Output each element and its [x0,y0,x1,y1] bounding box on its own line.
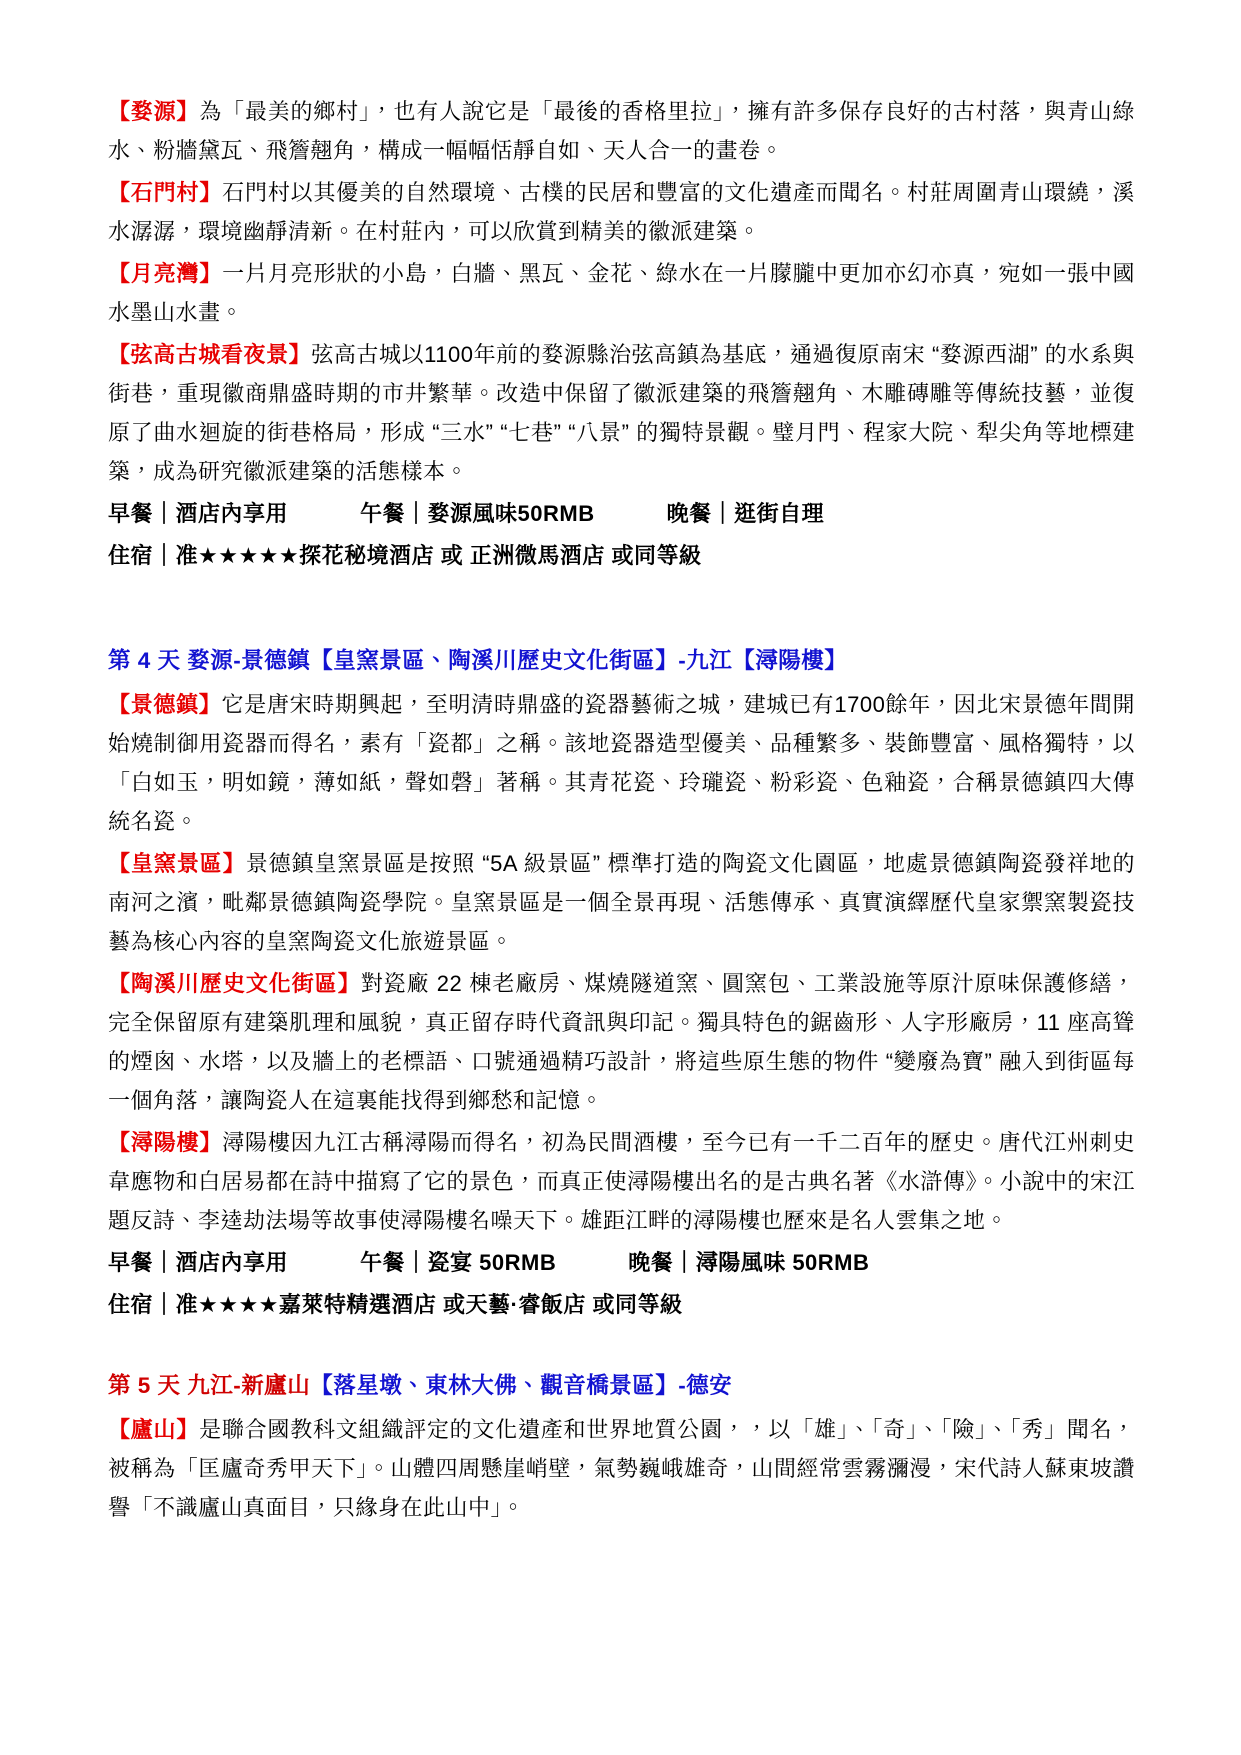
attraction-paragraph-jingdezhen: 【景德鎮】它是唐宋時期興起，至明清時鼎盛的瓷器藝術之城，建城已有1700餘年，因… [108,685,1135,841]
hotel-line-day4: 住宿｜准★★★★嘉萊特精選酒店 或天藝·睿飯店 或同等級 [108,1285,1135,1324]
day5-title-attractions: 【落星墩、東林大佛、觀音橋景區】-德安 [310,1373,732,1398]
attraction-paragraph-wuyuan: 【婺源】為「最美的鄉村」，也有人說它是「最後的香格里拉」，擁有許多保存良好的古村… [108,92,1135,170]
day4-title: 第 4 天 婺源-景德鎮【皇窯景區、陶溪川歷史文化街區】-九江【潯陽樓】 [108,645,1135,677]
attraction-description: 潯陽樓因九江古稱潯陽而得名，初為民間酒樓，至今已有一千二百年的歷史。唐代江州刺史… [108,1130,1135,1233]
attraction-paragraph-xiangao: 【弦高古城看夜景】弦高古城以1100年前的婺源縣治弦高鎮為基底，通過復原南宋 “… [108,335,1135,491]
attraction-paragraph-taoxichuan: 【陶溪川歷史文化街區】對瓷廠 22 棟老廠房、煤燒隧道窯、圓窯包、工業設施等原汁… [108,964,1135,1120]
lunch-info: 午餐｜瓷宴 50RMB [360,1243,556,1282]
attraction-tag: 【景德鎮】 [108,692,222,717]
attraction-paragraph-xunyanglou: 【潯陽樓】潯陽樓因九江古稱潯陽而得名，初為民間酒樓，至今已有一千二百年的歷史。唐… [108,1123,1135,1240]
day5-title-route: 第 5 天 九江-新廬山 [108,1373,310,1398]
attraction-tag: 【陶溪川歷史文化街區】 [108,971,361,996]
itinerary-page: 【婺源】為「最美的鄉村」，也有人說它是「最後的香格里拉」，擁有許多保存良好的古村… [0,0,1241,1755]
attraction-description: 一片月亮形狀的小島，白牆、黑瓦、金花、綠水在一片朦朧中更加亦幻亦真，宛如一張中國… [108,261,1135,325]
attraction-paragraph-lushan: 【廬山】是聯合國教科文組織評定的文化遺產和世界地質公園，，以「雄」、「奇」、「險… [108,1410,1135,1527]
attraction-description: 為「最美的鄉村」，也有人說它是「最後的香格里拉」，擁有許多保存良好的古村落，與青… [108,99,1135,163]
attraction-tag: 【潯陽樓】 [108,1130,222,1155]
dinner-info: 晚餐｜潯陽風味 50RMB [628,1243,869,1282]
attraction-paragraph-huangyao: 【皇窯景區】景德鎮皇窯景區是按照 “5A 級景區” 標準打造的陶瓷文化園區，地處… [108,844,1135,961]
attraction-paragraph-shimencun: 【石門村】石門村以其優美的自然環境、古樸的民居和豐富的文化遺產而聞名。村莊周圍青… [108,173,1135,251]
attraction-tag: 【月亮灣】 [108,261,222,286]
attraction-tag: 【廬山】 [108,1417,199,1442]
attraction-tag: 【婺源】 [108,99,199,124]
attraction-tag: 【石門村】 [108,180,222,205]
dinner-info: 晚餐｜逛街自理 [667,494,825,533]
attraction-description: 它是唐宋時期興起，至明清時鼎盛的瓷器藝術之城，建城已有1700餘年，因北宋景德年… [108,692,1135,834]
attraction-tag: 【弦高古城看夜景】 [108,342,311,367]
meals-line-day4: 早餐｜酒店內享用 午餐｜瓷宴 50RMB 晚餐｜潯陽風味 50RMB [108,1243,1135,1282]
attraction-description: 景德鎮皇窯景區是按照 “5A 級景區” 標準打造的陶瓷文化園區，地處景德鎮陶瓷發… [108,851,1135,954]
attraction-description: 是聯合國教科文組織評定的文化遺產和世界地質公園，，以「雄」、「奇」、「險」、「秀… [108,1417,1135,1520]
attraction-paragraph-yueliangwan: 【月亮灣】一片月亮形狀的小島，白牆、黑瓦、金花、綠水在一片朦朧中更加亦幻亦真，宛… [108,254,1135,332]
attraction-description: 石門村以其優美的自然環境、古樸的民居和豐富的文化遺產而聞名。村莊周圍青山環繞，溪… [108,180,1135,244]
meals-line-day3: 早餐｜酒店內享用 午餐｜婺源風味50RMB 晚餐｜逛街自理 [108,494,1135,533]
day5-title: 第 5 天 九江-新廬山【落星墩、東林大佛、觀音橋景區】-德安 [108,1370,1135,1402]
lunch-info: 午餐｜婺源風味50RMB [360,494,595,533]
breakfast-info: 早餐｜酒店內享用 [108,494,288,533]
breakfast-info: 早餐｜酒店內享用 [108,1243,288,1282]
attraction-tag: 【皇窯景區】 [108,851,246,876]
hotel-line-day3: 住宿｜准★★★★★探花秘境酒店 或 正洲微馬酒店 或同等級 [108,536,1135,575]
